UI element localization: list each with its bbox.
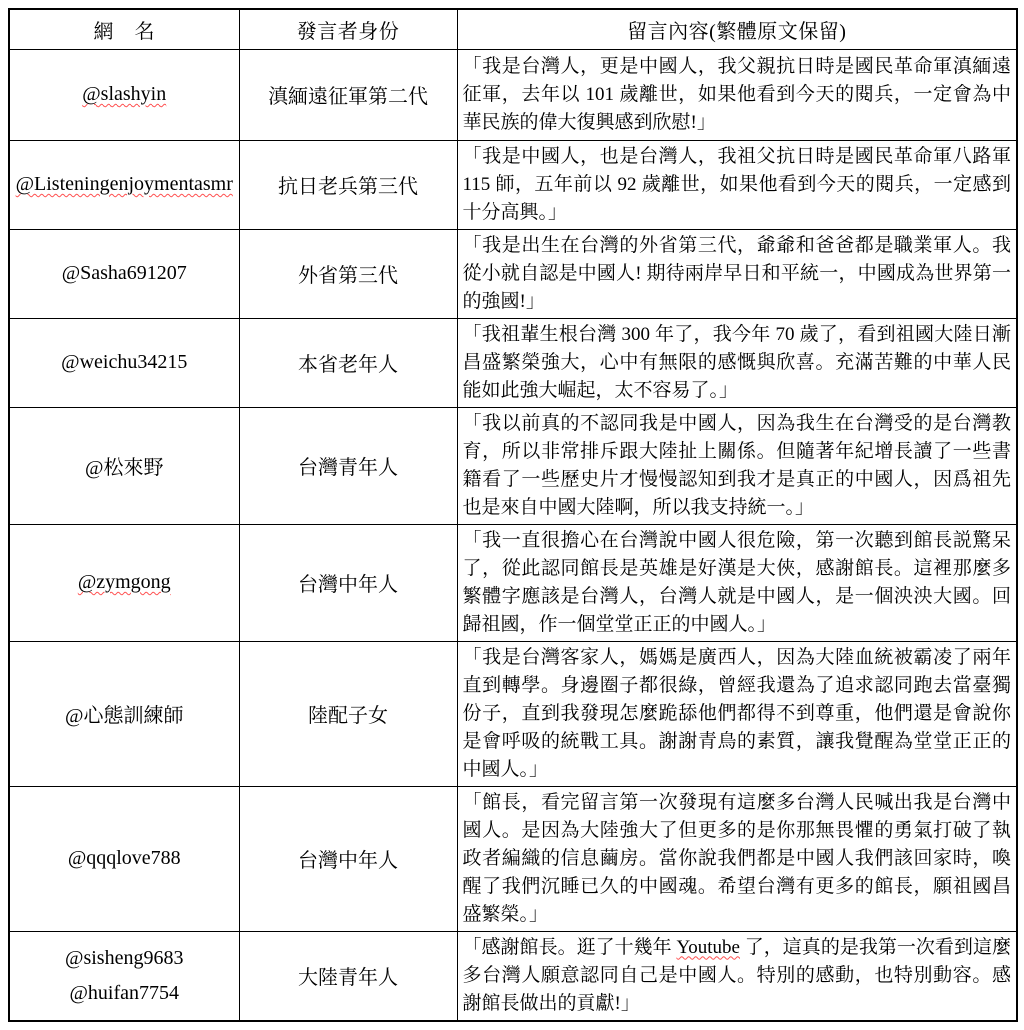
identity-cell: 滇緬遠征軍第二代 (239, 49, 457, 140)
identity-cell: 陸配子女 (239, 641, 457, 786)
identity-cell: 大陸青年人 (239, 931, 457, 1021)
comment-text: 「我祖輩生根台灣 300 年了，我今年 70 歲了，看到祖國大陸日漸昌盛繁榮強大… (463, 324, 1012, 401)
identity-label: 台灣中年人 (298, 574, 398, 596)
identity-cell: 台灣中年人 (239, 524, 457, 641)
username: @sisheng9683 (14, 941, 235, 976)
username: @huifan7754 (14, 976, 235, 1011)
comment-text: 「我是出生在台灣的外省第三代，爺爺和爸爸都是職業軍人。我從小就自認是中國人! 期… (463, 235, 1012, 312)
identity-cell: 台灣青年人 (239, 407, 457, 524)
table-row: @Sasha691207 外省第三代 「我是出生在台灣的外省第三代，爺爺和爸爸都… (9, 229, 1017, 318)
comments-table: 網 名 發言者身份 留言內容(繁體原文保留) @slashyin 滇緬遠征軍第二… (8, 8, 1018, 1022)
comment-cell: 「我一直很擔心在台灣說中國人很危險，第一次聽到館長説驚呆了，從此認同館長是英雄是… (457, 524, 1017, 641)
comment-text: 「感謝館長。逛了十幾年 (463, 937, 677, 958)
identity-label: 抗日老兵第三代 (278, 176, 418, 198)
table-row: @松來野 台灣青年人 「我以前真的不認同我是中國人，因為我生在台灣受的是台灣教育… (9, 407, 1017, 524)
comment-text: 「我是台灣人，更是中國人，我父親抗日時是國民革命軍滇緬遠征軍，去年以 101 歲… (463, 56, 1012, 133)
comment-cell: 「館長，看完留言第一次發現有這麼多台灣人民喊出我是台灣中國人。是因為大陸強大了但… (457, 786, 1017, 931)
table-row: @weichu34215 本省老年人 「我祖輩生根台灣 300 年了，我今年 7… (9, 318, 1017, 407)
table-row: @zymgong 台灣中年人 「我一直很擔心在台灣說中國人很危險，第一次聽到館長… (9, 524, 1017, 641)
comment-cell: 「我是台灣客家人，媽媽是廣西人，因為大陸血統被霸凌了兩年直到轉學。身邊圈子都很綠… (457, 641, 1017, 786)
identity-label: 台灣青年人 (298, 457, 398, 479)
table-row: @Listeningenjoymentasmr 抗日老兵第三代 「我是中國人，也… (9, 140, 1017, 229)
comment-cell: 「我是中國人，也是台灣人，我祖父抗日時是國民革命軍八路軍 115 師，五年前以 … (457, 140, 1017, 229)
identity-cell: 抗日老兵第三代 (239, 140, 457, 229)
comment-text-spellcheck-word: Youtube (676, 937, 740, 958)
identity-label: 陸配子女 (308, 705, 388, 727)
username-cell: @zymgong (9, 524, 239, 641)
username-cell: @slashyin (9, 49, 239, 140)
comment-text: 「我一直很擔心在台灣說中國人很危險，第一次聽到館長説驚呆了，從此認同館長是英雄是… (463, 530, 1012, 635)
col-header-comment: 留言內容(繁體原文保留) (457, 9, 1017, 49)
username: @Sasha691207 (62, 262, 187, 285)
document-page: 網 名 發言者身份 留言內容(繁體原文保留) @slashyin 滇緬遠征軍第二… (0, 0, 1024, 1030)
comment-text: 「我是中國人，也是台灣人，我祖父抗日時是國民革命軍八路軍 115 師，五年前以 … (463, 146, 1012, 223)
comment-text: 「我是台灣客家人，媽媽是廣西人，因為大陸血統被霸凌了兩年直到轉學。身邊圈子都很綠… (463, 647, 1012, 780)
username: @weichu34215 (61, 351, 187, 374)
identity-label: 滇緬遠征軍第二代 (268, 86, 428, 108)
username-cell: @Listeningenjoymentasmr (9, 140, 239, 229)
username: @心態訓練師 (65, 699, 183, 728)
table-row: @qqqlove788 台灣中年人 「館長，看完留言第一次發現有這麼多台灣人民喊… (9, 786, 1017, 931)
username: @slashyin (82, 83, 166, 106)
comment-text: 「我以前真的不認同我是中國人，因為我生在台灣受的是台灣教育，所以非常排斥跟大陸扯… (463, 413, 1012, 518)
comment-cell: 「我祖輩生根台灣 300 年了，我今年 70 歲了，看到祖國大陸日漸昌盛繁榮強大… (457, 318, 1017, 407)
identity-cell: 本省老年人 (239, 318, 457, 407)
username-cell: @心態訓練師 (9, 641, 239, 786)
col-header-identity: 發言者身份 (239, 9, 457, 49)
table-row: @slashyin 滇緬遠征軍第二代 「我是台灣人，更是中國人，我父親抗日時是國… (9, 49, 1017, 140)
comment-text: 「館長，看完留言第一次發現有這麼多台灣人民喊出我是台灣中國人。是因為大陸強大了但… (463, 792, 1012, 925)
username-cell: @qqqlove788 (9, 786, 239, 931)
comment-cell: 「我以前真的不認同我是中國人，因為我生在台灣受的是台灣教育，所以非常排斥跟大陸扯… (457, 407, 1017, 524)
table-row: @心態訓練師 陸配子女 「我是台灣客家人，媽媽是廣西人，因為大陸血統被霸凌了兩年… (9, 641, 1017, 786)
username-cell: @sisheng9683 @huifan7754 (9, 931, 239, 1021)
comment-cell: 「感謝館長。逛了十幾年 Youtube 了，這真的是我第一次看到這麼多台灣人願意… (457, 931, 1017, 1021)
username-cell: @weichu34215 (9, 318, 239, 407)
username: @松來野 (85, 451, 163, 480)
comment-cell: 「我是出生在台灣的外省第三代，爺爺和爸爸都是職業軍人。我從小就自認是中國人! 期… (457, 229, 1017, 318)
col-header-username: 網 名 (9, 9, 239, 49)
header-row: 網 名 發言者身份 留言內容(繁體原文保留) (9, 9, 1017, 49)
username: @qqqlove788 (68, 847, 181, 870)
username: @zymgong (78, 571, 171, 594)
comment-cell: 「我是台灣人，更是中國人，我父親抗日時是國民革命軍滇緬遠征軍，去年以 101 歲… (457, 49, 1017, 140)
username-cell: @松來野 (9, 407, 239, 524)
table-row: @sisheng9683 @huifan7754 大陸青年人 「感謝館長。逛了十… (9, 931, 1017, 1021)
username: @Listeningenjoymentasmr (16, 173, 233, 196)
identity-label: 外省第三代 (298, 265, 398, 287)
identity-cell: 台灣中年人 (239, 786, 457, 931)
identity-label: 大陸青年人 (298, 967, 398, 989)
identity-label: 本省老年人 (298, 354, 398, 376)
identity-cell: 外省第三代 (239, 229, 457, 318)
identity-label: 台灣中年人 (298, 850, 398, 872)
username-cell: @Sasha691207 (9, 229, 239, 318)
